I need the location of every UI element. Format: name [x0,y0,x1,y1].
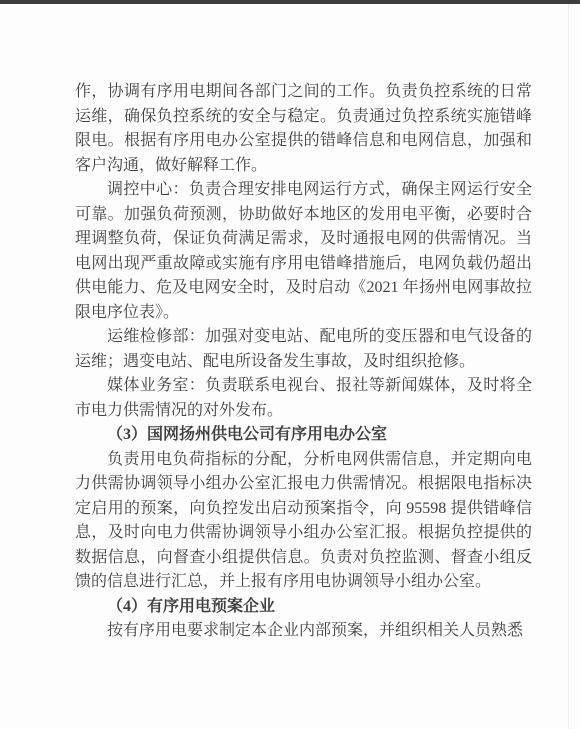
paragraph-duty-load-control: 作，协调有序用电期间各部门之间的工作。负责负控系统的日常运维，确保负控系统的安全… [75,80,532,178]
paragraph-enterprise-plan: 按有序用电要求制定本企业内部预案，并组织相关人员熟悉 [75,619,532,644]
heading-section-4: （4）有序用电预案企业 [75,595,532,620]
paragraph-media-office: 媒体业务室：负责联系电视台、报社等新闻媒体，及时将全市电力供需情况的对外发布。 [75,374,532,423]
window-top-bar [0,0,580,4]
paragraph-power-office-duties: 负责用电负荷指标的分配，分析电网供需信息，并定期向电力供需协调领导小组办公室汇报… [75,448,532,595]
paragraph-maintenance-dept: 运维检修部：加强对变电站、配电所的变压器和电气设备的运维；遇变电站、配电所设备发… [75,325,532,374]
document-page: 作，协调有序用电期间各部门之间的工作。负责负控系统的日常运维，确保负控系统的安全… [0,0,580,729]
page-edge-divider [568,4,569,729]
heading-section-3: （3）国网扬州供电公司有序用电办公室 [75,423,532,448]
paragraph-dispatch-center: 调控中心：负责合理安排电网运行方式，确保主网运行安全可靠。加强负荷预测，协助做好… [75,178,532,325]
document-body: 作，协调有序用电期间各部门之间的工作。负责负控系统的日常运维，确保负控系统的安全… [75,80,532,644]
